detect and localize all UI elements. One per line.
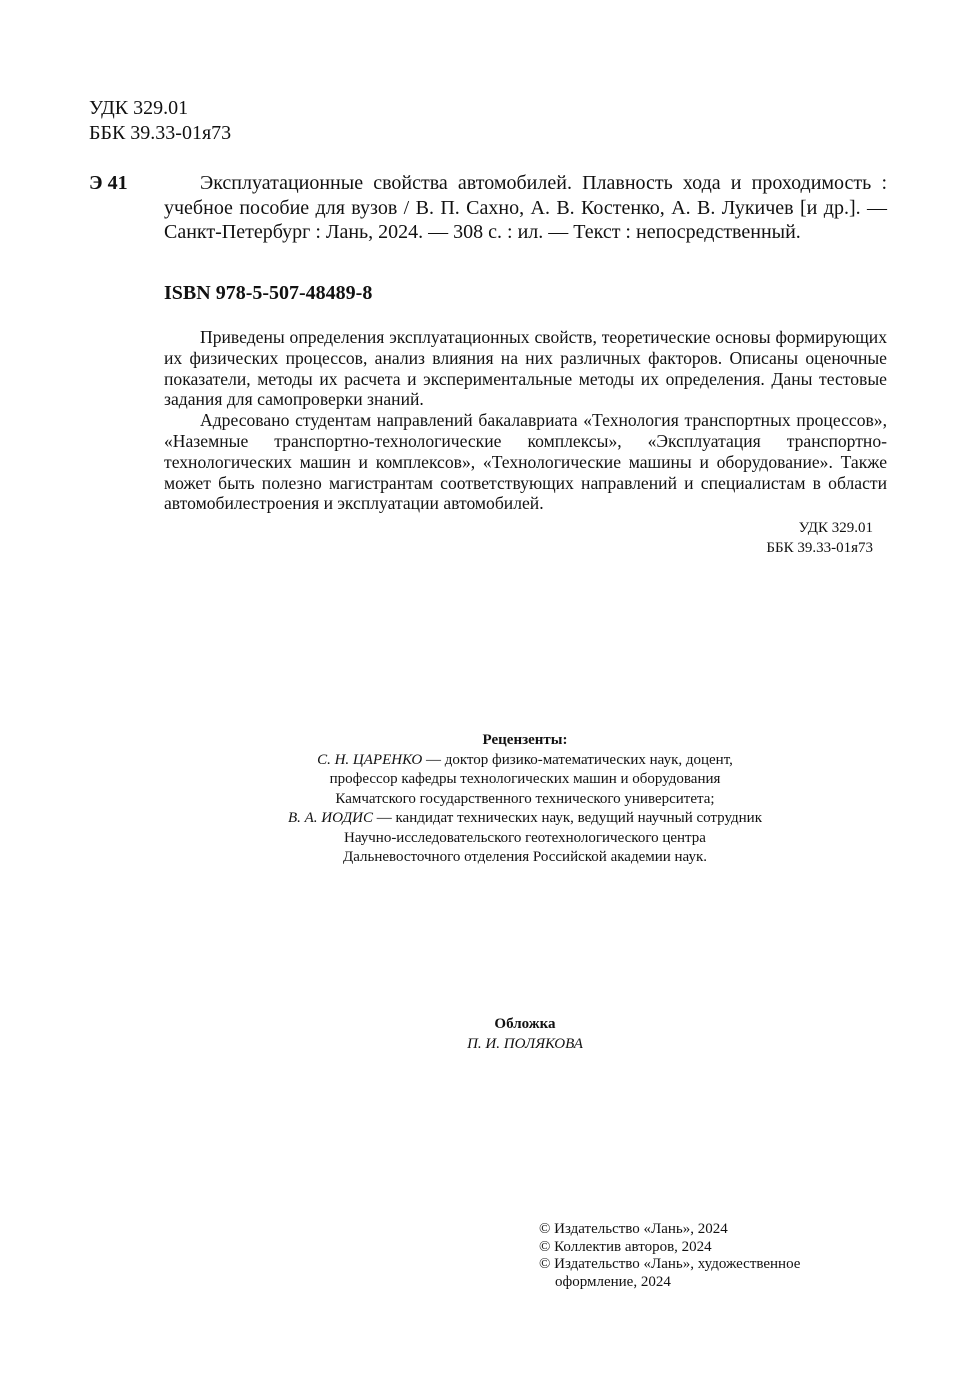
reviewer-name: С. Н. ЦАРЕНКО bbox=[317, 752, 422, 768]
copyright-line: © Коллектив авторов, 2024 bbox=[539, 1239, 800, 1257]
copyright-line: оформление, 2024 bbox=[539, 1274, 800, 1292]
isbn: ISBN 978-5-507-48489-8 bbox=[164, 281, 372, 306]
reviewer-line: С. Н. ЦАРЕНКО — доктор физико-математиче… bbox=[200, 751, 850, 771]
abstract-paragraph: Приведены определения эксплуатационных с… bbox=[164, 327, 887, 410]
cover-title: Обложка bbox=[400, 1015, 650, 1035]
reviewer-line: профессор кафедры технологических машин … bbox=[200, 770, 850, 790]
copyright-block: © Издательство «Лань», 2024 © Коллектив … bbox=[539, 1221, 800, 1291]
classification-footer: УДК 329.01 ББК 39.33-01я73 bbox=[766, 518, 873, 558]
abstract-paragraph: Адресовано студентам направлений бакалав… bbox=[164, 410, 887, 514]
catalog-code: Э 41 bbox=[89, 171, 128, 196]
reviewer-line: Камчатского государственного техническог… bbox=[200, 790, 850, 810]
reviewer-name: В. А. ИОДИС bbox=[288, 810, 373, 826]
reviewer-line: В. А. ИОДИС — кандидат технических наук,… bbox=[200, 809, 850, 829]
classification-header: УДК 329.01 ББК 39.33-01я73 bbox=[89, 96, 231, 146]
reviewer-credentials: — кандидат технических наук, ведущий нау… bbox=[373, 810, 762, 826]
cover-credit: Обложка П. И. ПОЛЯКОВА bbox=[400, 1015, 650, 1054]
copyright-line: © Издательство «Лань», художественное bbox=[539, 1256, 800, 1274]
bbk-code: ББК 39.33-01я73 bbox=[89, 121, 231, 146]
udk-code: УДК 329.01 bbox=[89, 96, 231, 121]
reviewer-credentials: — доктор физико-математических наук, доц… bbox=[422, 752, 733, 768]
reviewers-section: Рецензенты: С. Н. ЦАРЕНКО — доктор физик… bbox=[200, 731, 850, 868]
udk-code: УДК 329.01 bbox=[766, 518, 873, 538]
reviewer-line: Дальневосточного отделения Российской ак… bbox=[200, 848, 850, 868]
bibliographic-record: Эксплуатационные свойства автомобилей. П… bbox=[164, 171, 887, 245]
reviewer-line: Научно-исследовательского геотехнологиче… bbox=[200, 829, 850, 849]
reviewers-title: Рецензенты: bbox=[200, 731, 850, 751]
cover-designer: П. И. ПОЛЯКОВА bbox=[400, 1035, 650, 1055]
abstract: Приведены определения эксплуатационных с… bbox=[164, 327, 887, 514]
bbk-code: ББК 39.33-01я73 bbox=[766, 538, 873, 558]
copyright-line: © Издательство «Лань», 2024 bbox=[539, 1221, 800, 1239]
